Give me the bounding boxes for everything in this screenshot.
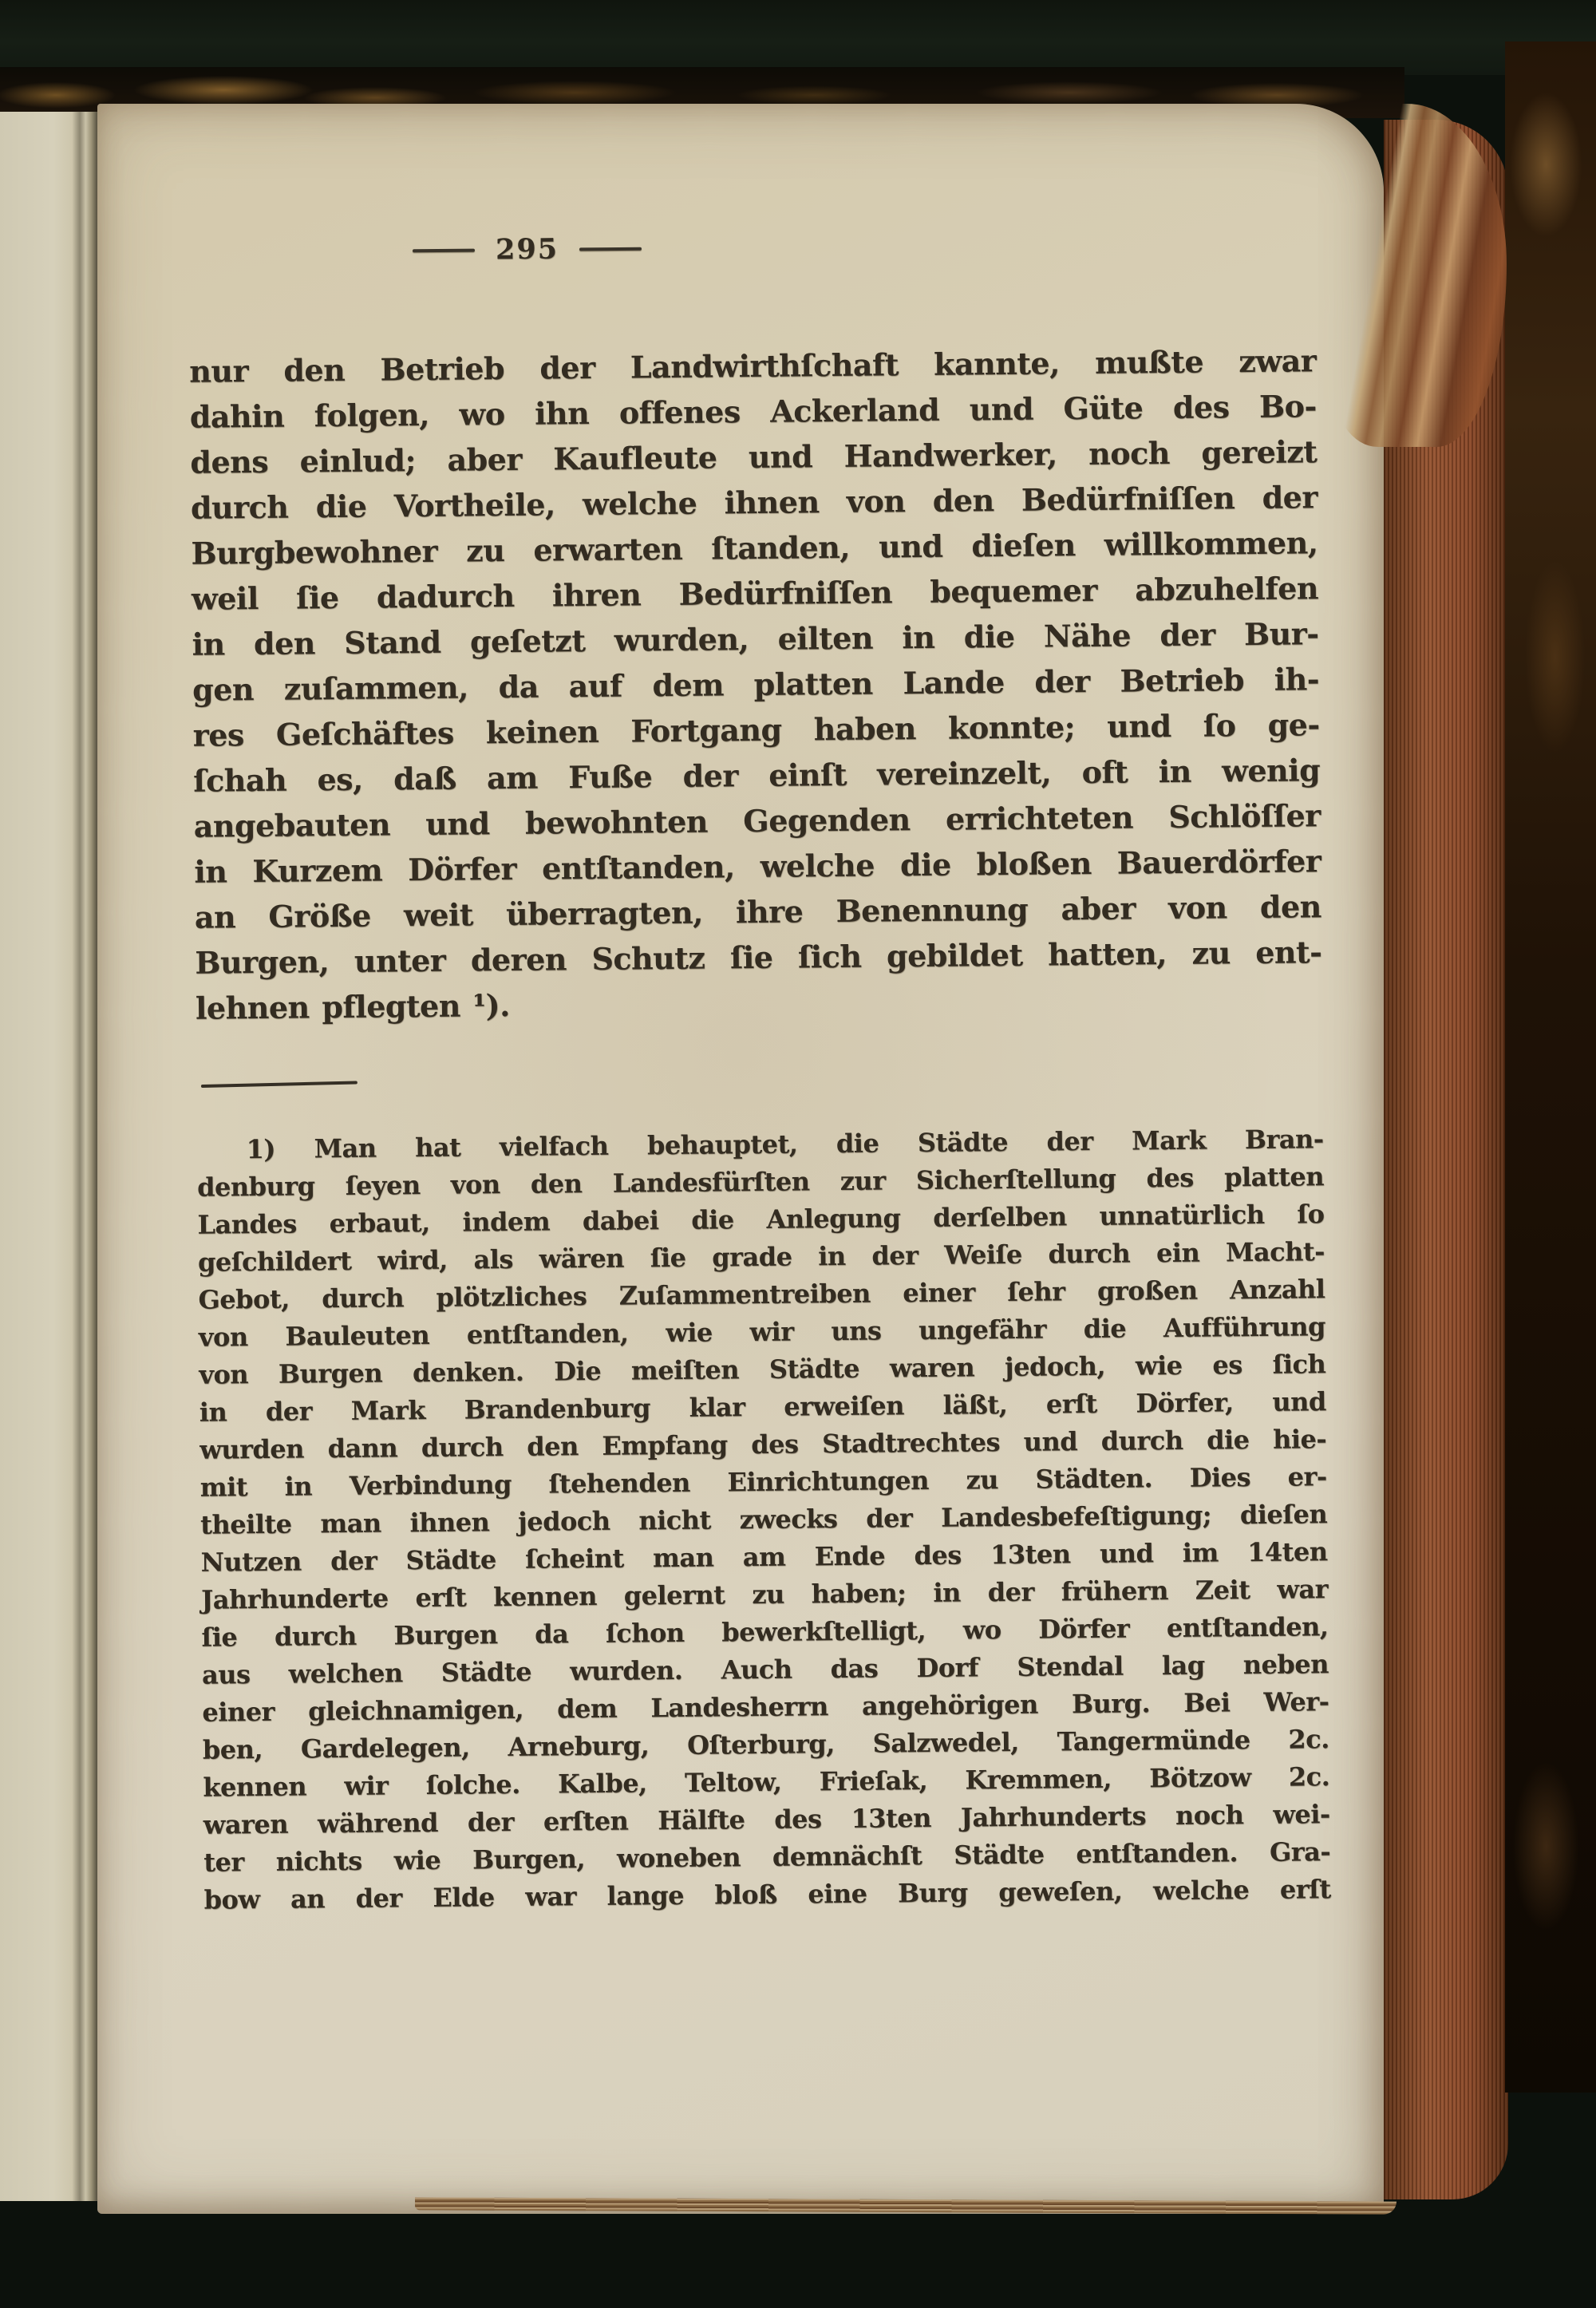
right-cover-edge xyxy=(1505,41,1596,2093)
left-page-edge xyxy=(0,112,101,2201)
book-cover-top xyxy=(0,0,1596,75)
book-page: 295 nur den Betrieb der Landwirthſchaft … xyxy=(97,104,1384,2214)
page-curl-corner xyxy=(1331,104,1507,447)
body-paragraph: nur den Betrieb der Landwirthſchaft kann… xyxy=(189,338,1322,1031)
book-scan: 295 nur den Betrieb der Landwirthſchaft … xyxy=(0,0,1596,2308)
header-rule-left-icon xyxy=(413,248,475,252)
header-rule-right-icon xyxy=(579,247,642,251)
page-number: 295 xyxy=(496,233,559,267)
footnote-separator xyxy=(201,1081,358,1088)
footnote: 1) Man hat vielfach behauptet, die Städt… xyxy=(196,1120,1330,1919)
text-line: lehnen pflegten ¹). xyxy=(196,974,1322,1031)
page-text: nur den Betrieb der Landwirthſchaft kann… xyxy=(189,338,1331,1919)
page-header: 295 xyxy=(413,232,642,267)
